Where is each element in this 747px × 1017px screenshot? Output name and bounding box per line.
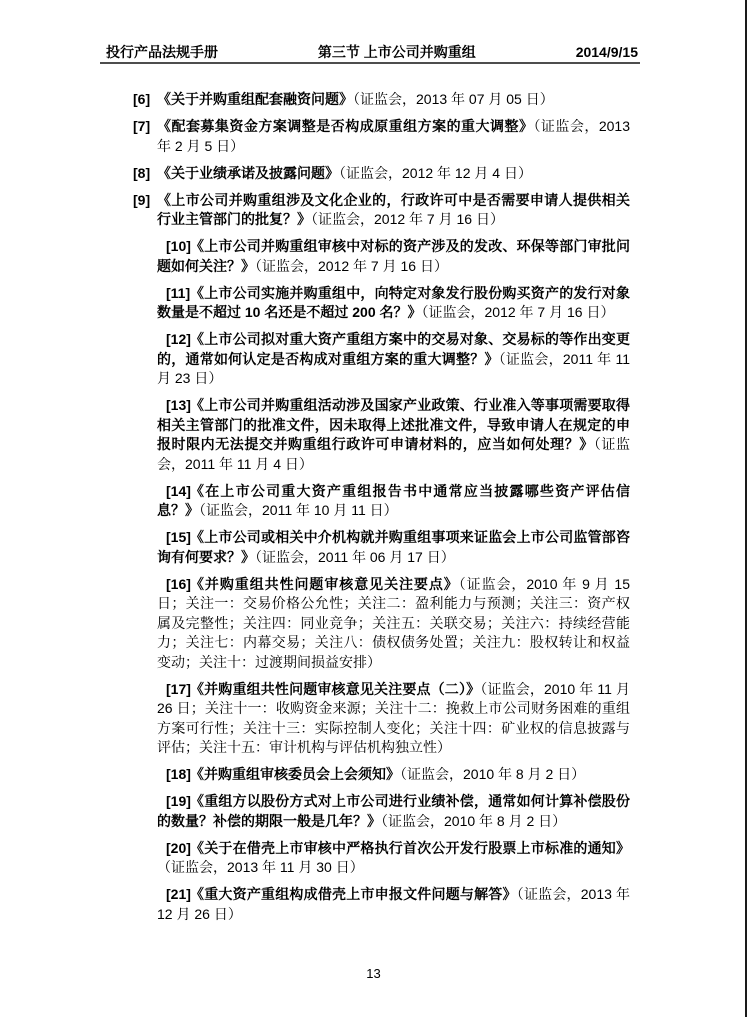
item-meta: （证监会，2012 年 7 月 16 日） bbox=[255, 258, 448, 274]
list-item: [19]《重组方以股份方式对上市公司进行业绩补偿，通常如何计算补偿股份的数量？补… bbox=[133, 792, 630, 831]
item-number: [10] bbox=[133, 237, 191, 257]
page-header: 投行产品法规手册 第三节 上市公司并购重组 2014/9/15 bbox=[106, 42, 638, 62]
item-number: [17] bbox=[133, 680, 191, 700]
item-number: [13] bbox=[133, 396, 191, 416]
list-item: [20]《关于在借壳上市审核中严格执行首次公开发行股票上市标准的通知》（证监会，… bbox=[133, 839, 630, 878]
list-item: [16]《并购重组共性问题审核意见关注要点》（证监会，2010 年 9 月 15… bbox=[133, 575, 630, 673]
item-title: 《上市公司并购重组活动涉及国家产业政策、行业准入等事项需要取得相关主管部门的批准… bbox=[157, 397, 630, 452]
reference-list: [6]《关于并购重组配套融资问题》（证监会，2013 年 07 月 05 日）[… bbox=[133, 90, 630, 932]
list-item: [13]《上市公司并购重组活动涉及国家产业政策、行业准入等事项需要取得相关主管部… bbox=[133, 396, 630, 474]
item-number: [15] bbox=[133, 528, 191, 548]
item-meta: （证监会，2012 年 7 月 16 日） bbox=[311, 211, 504, 227]
page-number: 13 bbox=[366, 966, 380, 981]
document-page: 投行产品法规手册 第三节 上市公司并购重组 2014/9/15 [6]《关于并购… bbox=[0, 0, 747, 1017]
item-number: [7] bbox=[133, 117, 150, 137]
list-item: [18]《并购重组审核委员会上会须知》（证监会，2010 年 8 月 2 日） bbox=[133, 765, 630, 785]
item-number: [21] bbox=[133, 885, 191, 905]
item-meta: （证监会，2010 年 8 月 2 日） bbox=[400, 766, 585, 782]
item-number: [11] bbox=[133, 284, 190, 304]
item-meta: （证监会，2013 年 07 月 05 日） bbox=[353, 91, 554, 107]
header-handbook-title: 投行产品法规手册 bbox=[106, 42, 218, 62]
item-meta: （证监会，2010 年 8 月 2 日） bbox=[381, 813, 566, 829]
list-item: [8]《关于业绩承诺及披露问题》（证监会，2012 年 12 月 4 日） bbox=[133, 164, 630, 184]
item-meta: （证监会，2013 年 11 月 30 日） bbox=[157, 859, 364, 875]
item-number: [6] bbox=[133, 90, 150, 110]
item-title: 《关于业绩承诺及披露问题》 bbox=[157, 165, 339, 181]
list-item: [7]《配套募集资金方案调整是否构成原重组方案的重大调整》（证监会，2013 年… bbox=[133, 117, 630, 156]
header-section-title: 第三节 上市公司并购重组 bbox=[318, 42, 476, 62]
item-number: [12] bbox=[133, 330, 191, 350]
list-item: [12]《上市公司拟对重大资产重组方案中的交易对象、交易标的等作出变更的，通常如… bbox=[133, 330, 630, 389]
item-title: 《配套募集资金方案调整是否构成原重组方案的重大调整》 bbox=[157, 118, 533, 134]
item-title: 《重大资产重组构成借壳上市申报文件问题与解答》 bbox=[190, 886, 517, 902]
item-number: [16] bbox=[133, 575, 191, 595]
list-item: [17]《并购重组共性问题审核意见关注要点（二）》（证监会，2010 年 11 … bbox=[133, 680, 630, 758]
list-item: [21]《重大资产重组构成借壳上市申报文件问题与解答》（证监会，2013 年 1… bbox=[133, 885, 630, 924]
list-item: [11]《上市公司实施并购重组中，向特定对象发行股份购买资产的发行对象数量是不超… bbox=[133, 284, 630, 323]
list-item: [6]《关于并购重组配套融资问题》（证监会，2013 年 07 月 05 日） bbox=[133, 90, 630, 110]
item-title: 《关于并购重组配套融资问题》 bbox=[157, 91, 353, 107]
item-title: 《并购重组共性问题审核意见关注要点（二）》 bbox=[190, 681, 480, 697]
list-item: [10]《上市公司并购重组审核中对标的资产涉及的发改、环保等部门审批问题如何关注… bbox=[133, 237, 630, 276]
list-item: [9]《上市公司并购重组涉及文化企业的，行政许可中是否需要申请人提供相关行业主管… bbox=[133, 191, 630, 230]
item-title: 《关于在借壳上市审核中严格执行首次公开发行股票上市标准的通知》 bbox=[190, 840, 630, 856]
item-number: [14] bbox=[133, 482, 191, 502]
page-footer: 13 bbox=[0, 966, 747, 981]
item-meta: （证监会，2012 年 12 月 4 日） bbox=[339, 165, 532, 181]
list-item: [14]《在上市公司重大资产重组报告书中通常应当披露哪些资产评估信息？》（证监会… bbox=[133, 482, 630, 521]
header-date: 2014/9/15 bbox=[576, 44, 638, 60]
item-meta: （证监会，2011 年 10 月 11 日） bbox=[199, 502, 398, 518]
item-number: [19] bbox=[133, 792, 191, 812]
item-number: [18] bbox=[133, 765, 191, 785]
item-title: 《并购重组审核委员会上会须知》 bbox=[190, 766, 400, 782]
item-number: [9] bbox=[133, 191, 150, 211]
item-number: [8] bbox=[133, 164, 150, 184]
list-item: [15]《上市公司或相关中介机构就并购重组事项来证监会上市公司监管部咨询有何要求… bbox=[133, 528, 630, 567]
header-rule bbox=[100, 62, 640, 64]
item-title: 《并购重组共性问题审核意见关注要点》 bbox=[190, 576, 459, 592]
item-number: [20] bbox=[133, 839, 191, 859]
item-meta: （证监会，2012 年 7 月 16 日） bbox=[422, 304, 615, 320]
item-meta: （证监会，2011 年 06 月 17 日） bbox=[255, 549, 455, 565]
